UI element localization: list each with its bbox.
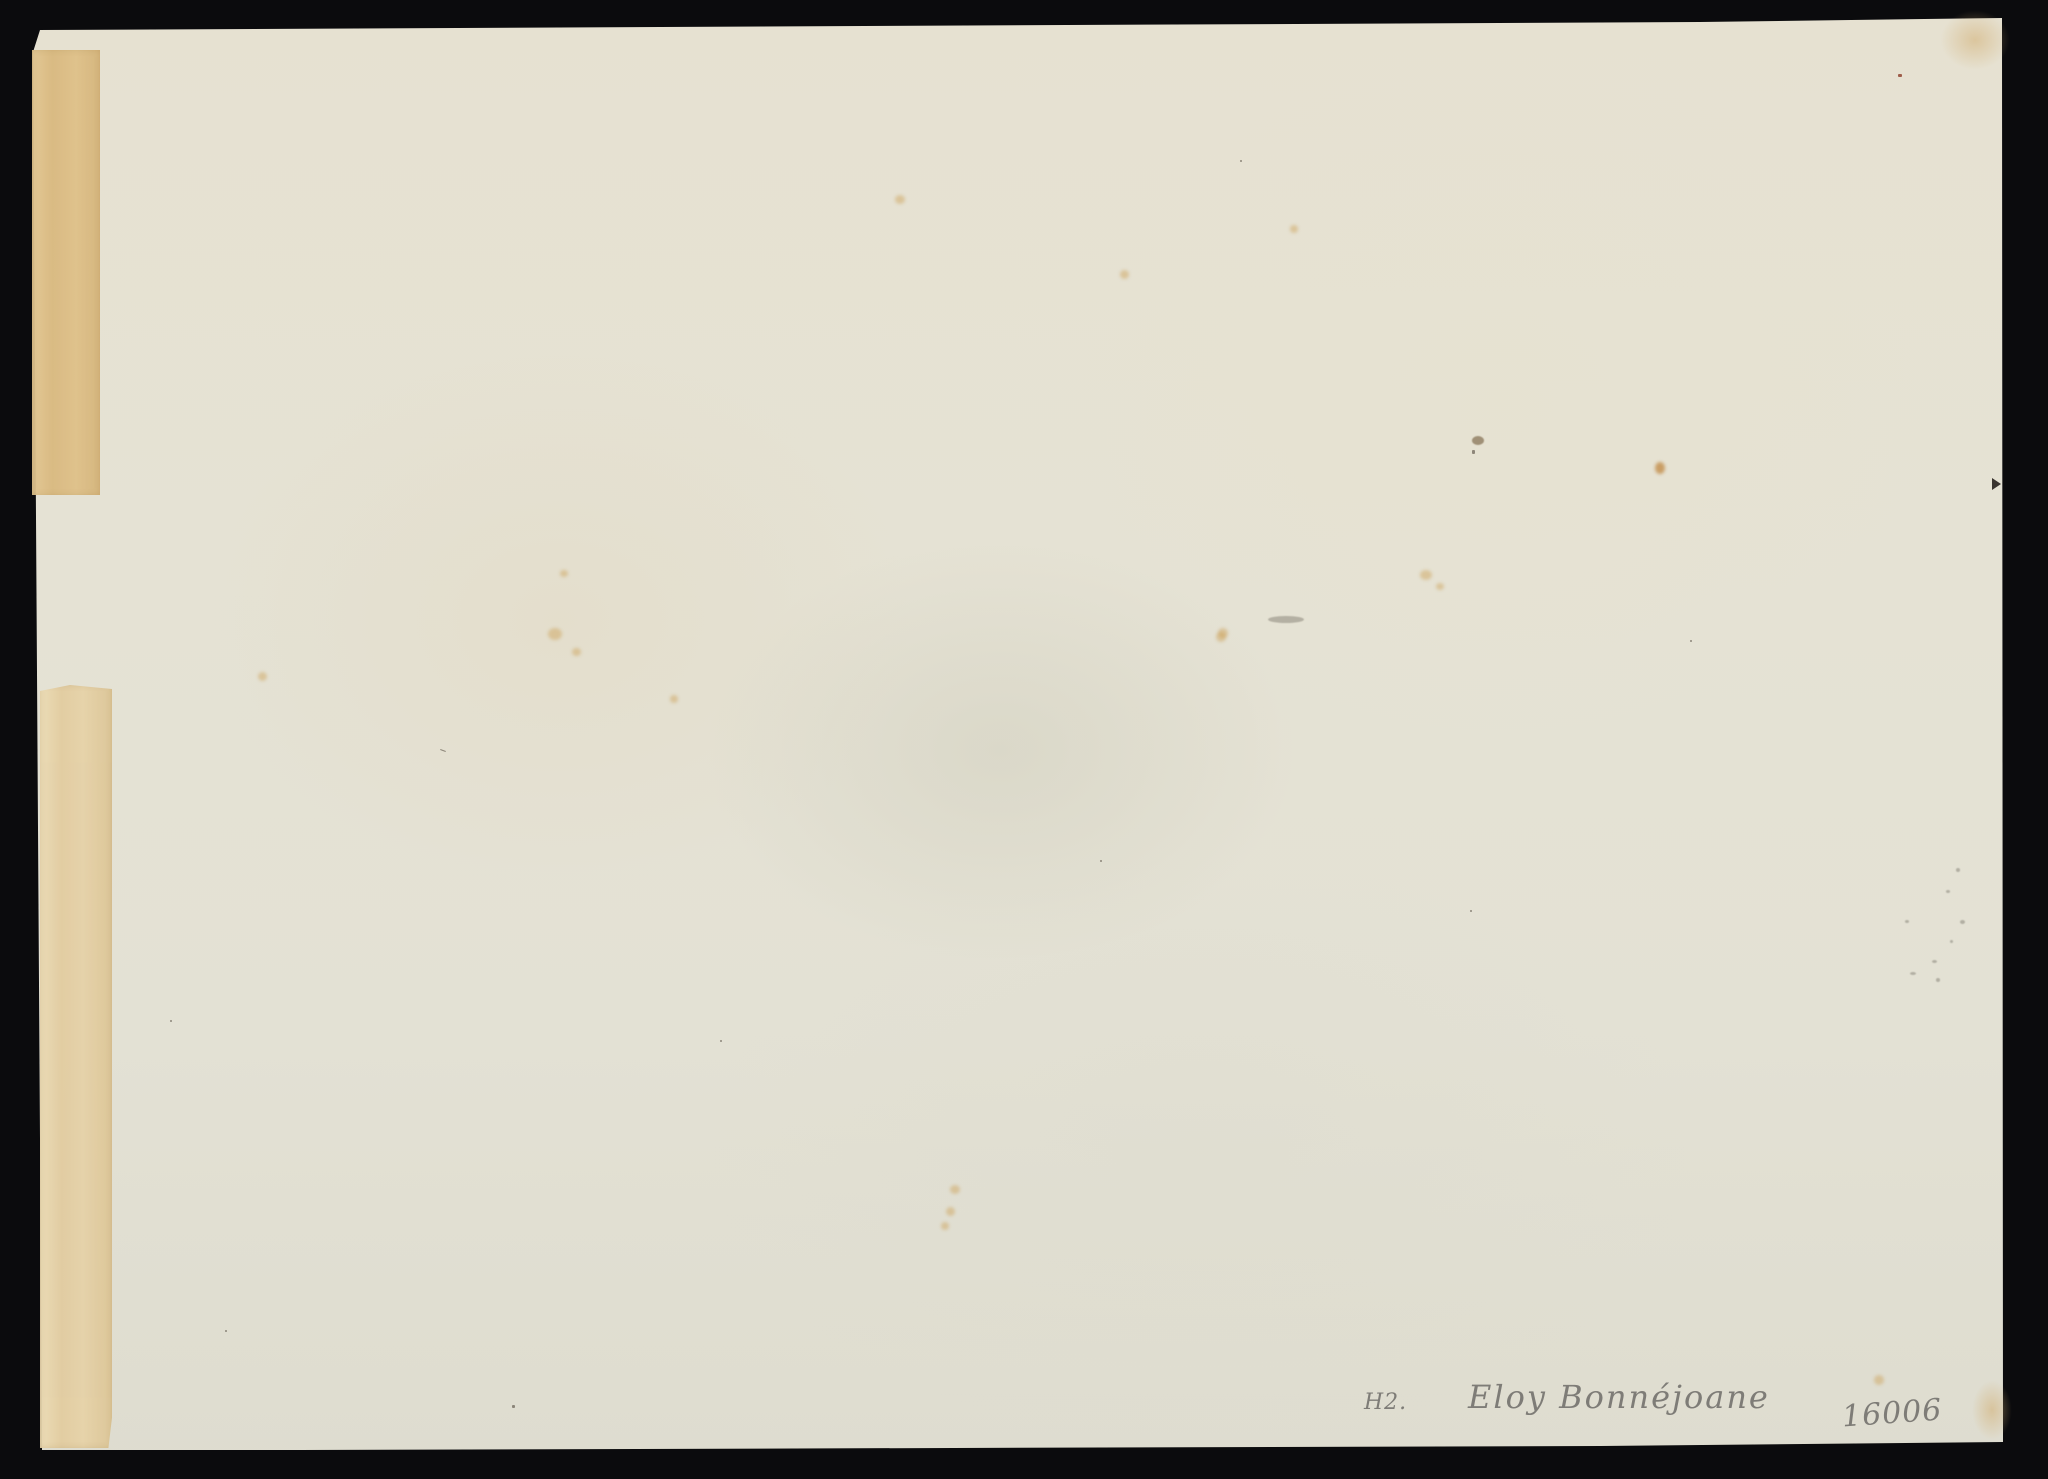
- speckle: [1910, 972, 1916, 975]
- foxing-spot: [941, 1222, 949, 1230]
- inscription-number: 16006: [1841, 1393, 1944, 1435]
- inscription-code: H2.: [1364, 1390, 1407, 1415]
- foxing-spot: [670, 695, 678, 703]
- brown-mark: [1472, 436, 1484, 445]
- speckle: [1936, 978, 1940, 982]
- fleck: [720, 1040, 722, 1042]
- speckle: [1905, 920, 1909, 923]
- fleck: [225, 1330, 227, 1332]
- paper-sheet: [0, 0, 2048, 1479]
- foxing-spot: [560, 570, 568, 577]
- corner-stain: [1972, 1380, 2012, 1440]
- foxing-spot: [1290, 225, 1298, 233]
- foxing-spot: [1436, 583, 1444, 590]
- inscription-name: Eloy Bonnéjoane: [1468, 1378, 1770, 1416]
- foxing-spot: [1120, 270, 1129, 279]
- fleck: [1472, 450, 1475, 454]
- foxing-spot: [258, 672, 267, 681]
- speckle: [1932, 960, 1937, 963]
- speckle: [1950, 940, 1953, 943]
- foxing-spot: [1420, 570, 1432, 580]
- foxing-spot: [895, 195, 905, 204]
- photo-stage: H2. Eloy Bonnéjoane 16006: [0, 0, 2048, 1479]
- speckle: [1946, 890, 1950, 893]
- foxing-spot: [548, 628, 562, 640]
- fleck: [512, 1405, 515, 1408]
- foxing-spot: [1216, 632, 1226, 642]
- fleck: [1898, 74, 1902, 77]
- foxing-spot: [1655, 462, 1665, 474]
- fleck: [1240, 160, 1242, 162]
- foxing-spot: [950, 1185, 960, 1194]
- fleck: [1470, 910, 1472, 912]
- fleck: [1100, 860, 1102, 862]
- tape-strip-lower: [40, 685, 112, 1448]
- foxing-spot: [572, 648, 581, 656]
- foxing-spot: [1874, 1375, 1884, 1385]
- fleck: [1690, 640, 1692, 642]
- corner-stain: [1940, 10, 2010, 70]
- speckle: [1956, 868, 1960, 872]
- speckle: [1960, 920, 1965, 924]
- fleck: [170, 1020, 172, 1022]
- tape-strip-upper: [32, 50, 100, 495]
- gray-smudge: [1268, 616, 1304, 623]
- edge-notch: [1992, 478, 2001, 490]
- foxing-spot: [946, 1207, 955, 1216]
